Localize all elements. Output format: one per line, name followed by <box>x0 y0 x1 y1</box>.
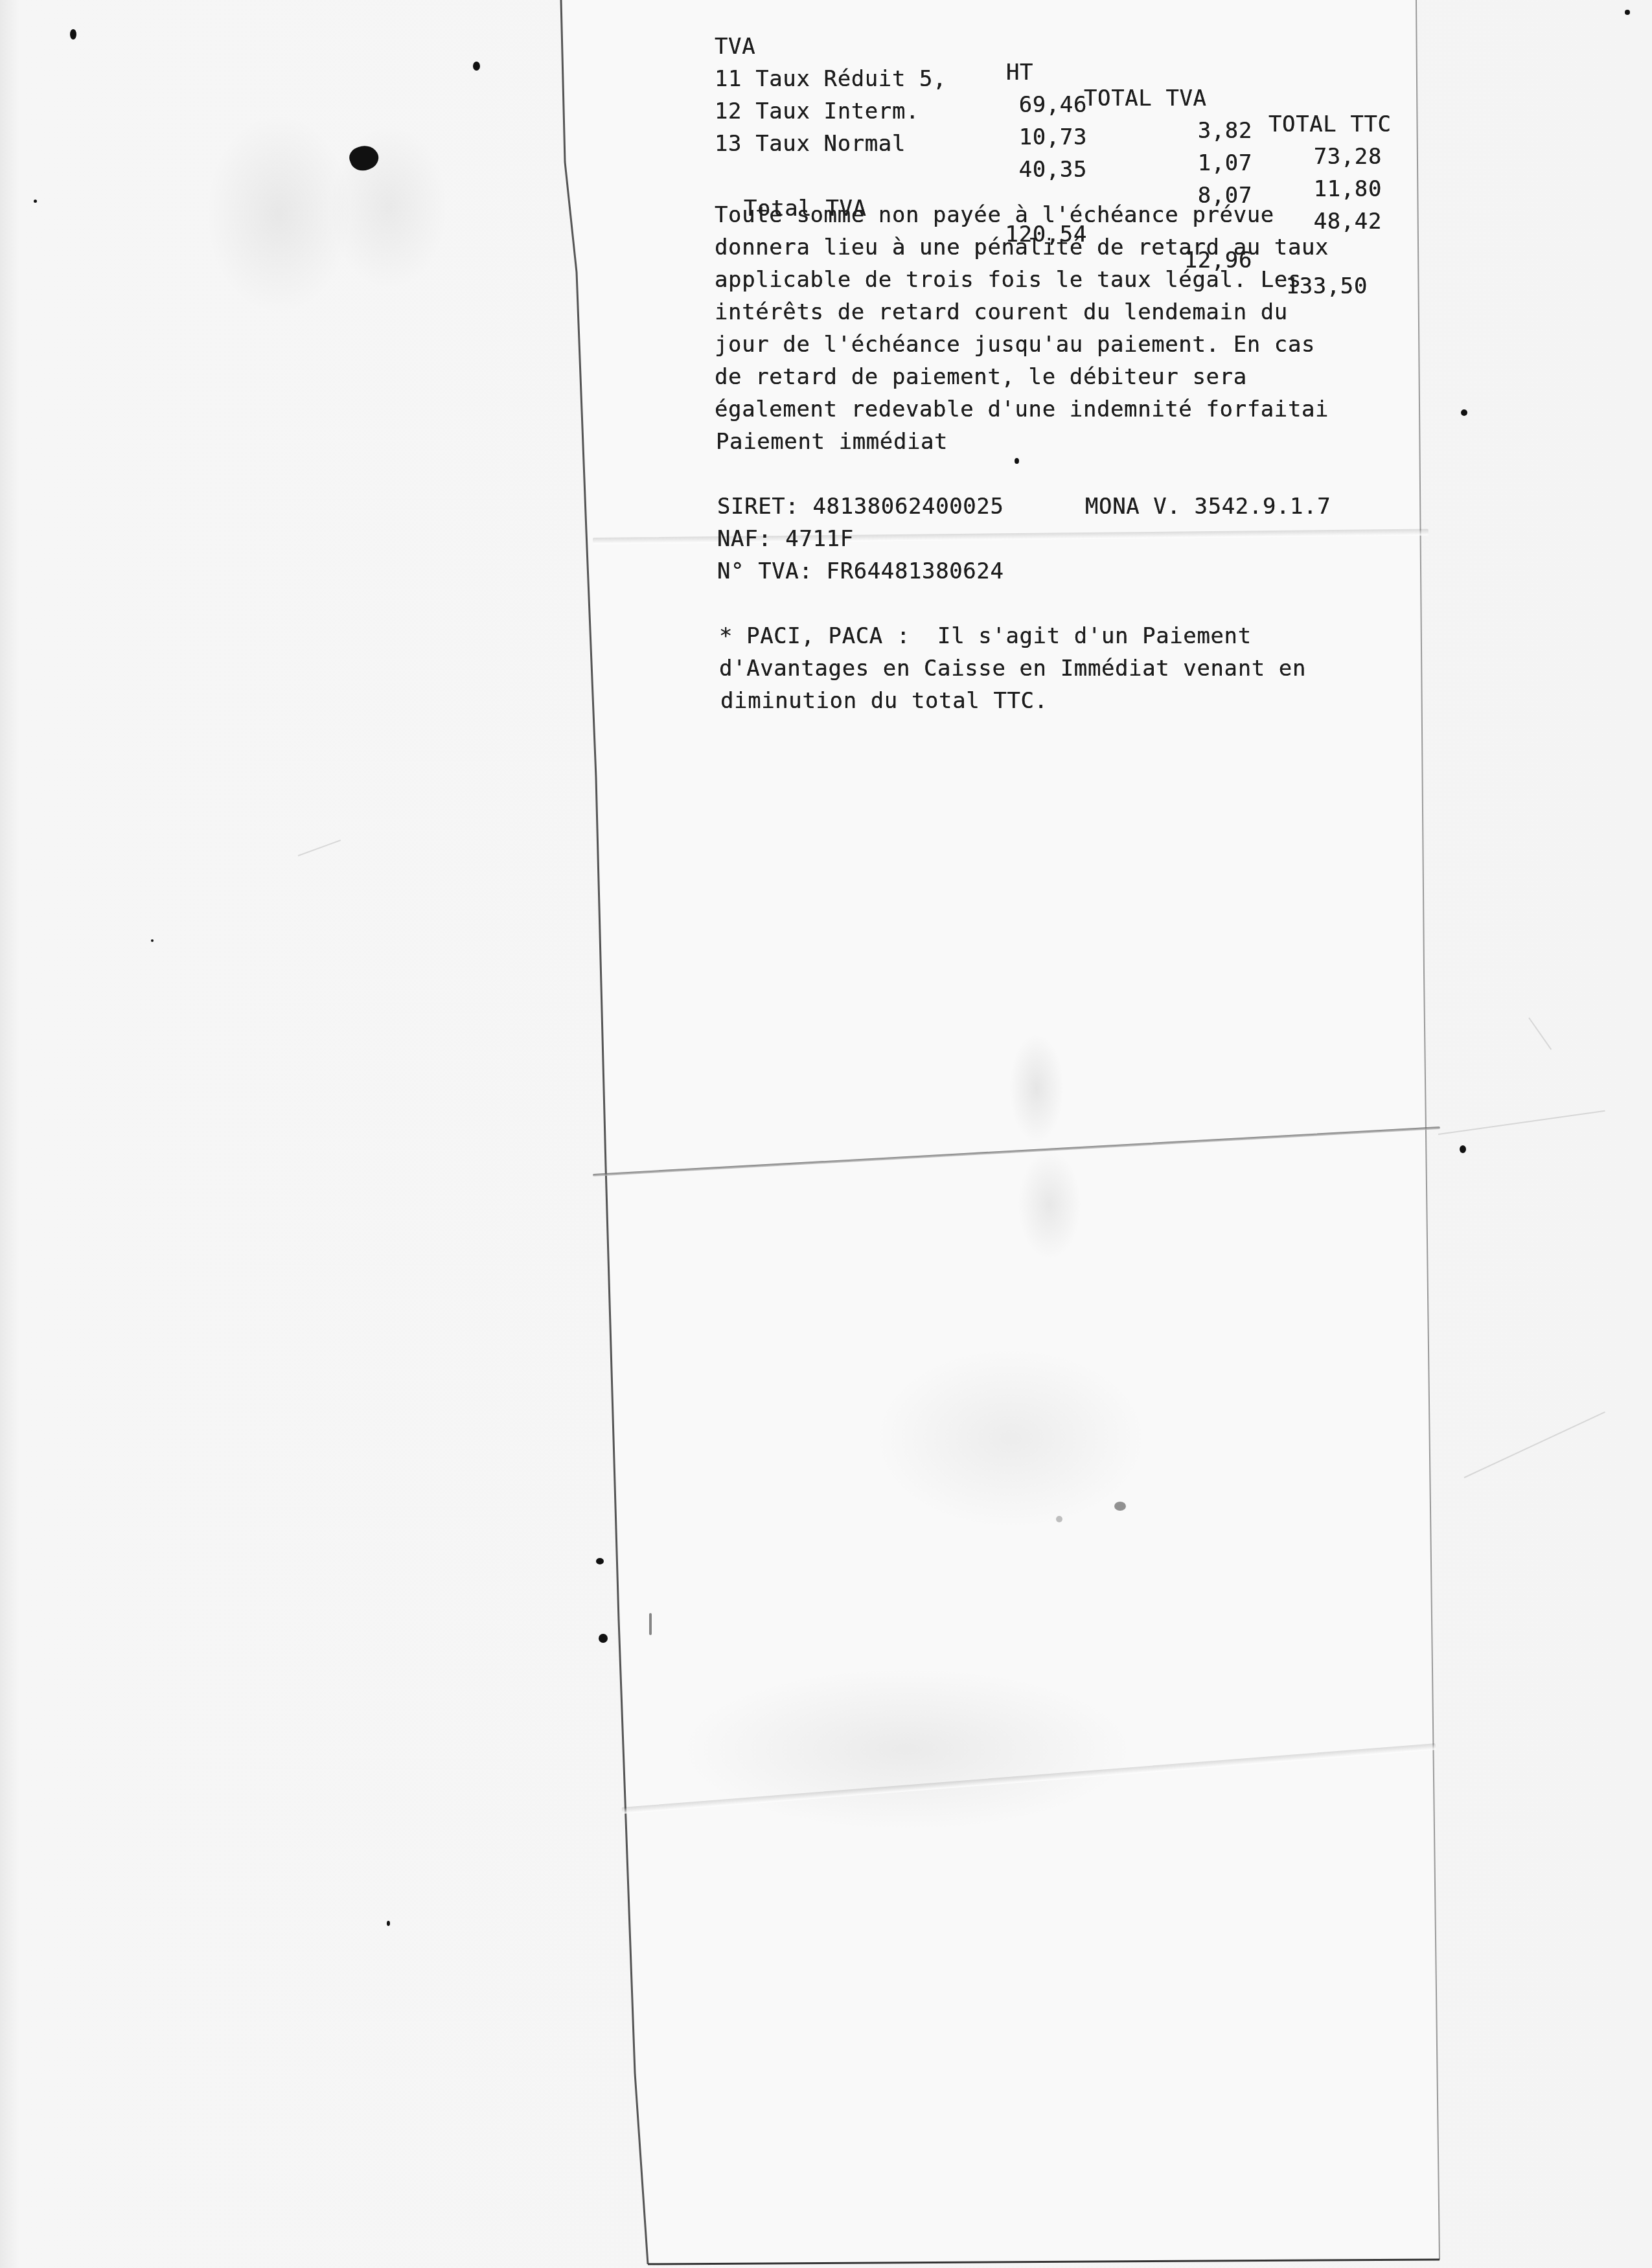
software-version: MONA V. 3542.9.1.7 <box>1085 494 1331 520</box>
legal-notice-line: intérêts de retard courent du lendemain … <box>715 299 1288 325</box>
speck <box>70 29 76 40</box>
legal-notice-line: également redevable d'une indemnité forf… <box>715 396 1329 422</box>
legal-notice-line: donnera lieu à une pénalité de retard au… <box>715 235 1329 260</box>
siret-label: SIRET: <box>717 494 799 520</box>
footnote-line: d'Avantages en Caisse en Immédiat venant… <box>719 656 1306 682</box>
speck <box>596 1558 604 1564</box>
tva-number-label: N° TVA: <box>717 558 813 584</box>
speck <box>387 1921 390 1926</box>
smudge <box>1056 1516 1062 1522</box>
legal-notice-line: jour de l'échéance jusqu'au paiement. En… <box>715 332 1315 358</box>
speck <box>34 200 37 203</box>
speck <box>473 62 480 71</box>
speck <box>1461 409 1467 416</box>
legal-notice-line: de retard de paiement, le débiteur sera <box>715 364 1247 390</box>
tva-row: 11 Taux Réduit 5, 69,46 3,82 73,28 <box>715 40 1382 66</box>
tva-number-line: N° TVA: FR64481380624 <box>717 558 1004 584</box>
speck <box>1460 1145 1466 1153</box>
speck <box>1015 458 1019 464</box>
footnote-line: * PACI, PACA : Il s'agit d'un Paiement <box>719 623 1252 649</box>
tva-number-value: FR64481380624 <box>827 558 1004 584</box>
tva-row: 13 Taux Normal 40,35 8,07 48,42 <box>715 105 1382 131</box>
naf-label: NAF: <box>717 526 772 552</box>
speck <box>1625 10 1630 15</box>
tva-row: 12 Taux Interm. 10,73 1,07 11,80 <box>715 73 1382 98</box>
payment-terms: Paiement immédiat <box>716 429 948 455</box>
siret-value: 48138062400025 <box>813 494 1004 520</box>
tva-row-ttc: 73,28 <box>1314 144 1382 170</box>
tva-row-label: 13 Taux Normal <box>715 131 906 157</box>
speck <box>151 939 154 942</box>
tva-table-header: TVA HT TOTAL TVA TOTAL TTC <box>715 8 1382 34</box>
speck <box>599 1634 608 1643</box>
legal-notice-line: Toute somme non payée à l'échéance prévu… <box>715 202 1274 228</box>
smudge <box>1114 1502 1126 1511</box>
naf-value: 4711F <box>785 526 853 552</box>
speck <box>649 1613 652 1635</box>
legal-notice-line: applicable de trois fois le taux légal. … <box>715 267 1302 293</box>
tva-total-row: Total TVA 120,54 12,96 133,50 <box>715 170 1382 196</box>
siret-line: SIRET: 48138062400025 <box>717 494 1004 520</box>
footnote-line: diminution du total TTC. <box>720 688 1048 714</box>
naf-line: NAF: 4711F <box>717 526 854 552</box>
tva-row-ttc: 48,42 <box>1314 209 1382 235</box>
